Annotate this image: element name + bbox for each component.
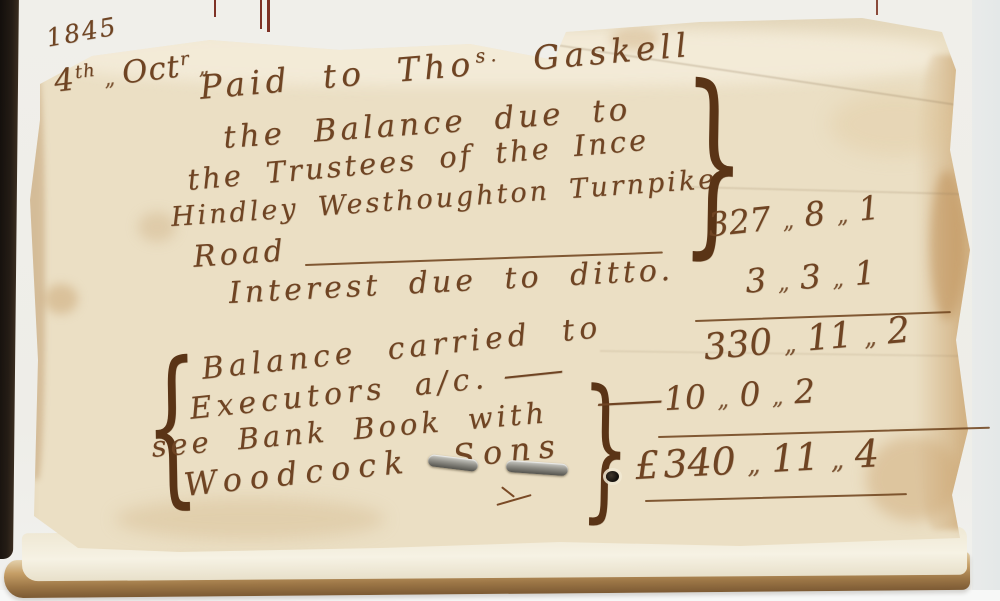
currency-symbol: £ xyxy=(634,443,660,488)
stain xyxy=(27,70,45,480)
red-ruling-line xyxy=(267,0,270,32)
separator: „ xyxy=(716,387,729,414)
red-ruling-line xyxy=(214,0,216,17)
date-month-suffix: r xyxy=(179,48,191,70)
date-month: Oct xyxy=(120,49,182,92)
date-day-suffix: th xyxy=(74,59,97,82)
separator: „ xyxy=(777,270,790,297)
separator: „ xyxy=(102,64,117,90)
pence: 1 xyxy=(853,253,877,293)
separator: „ xyxy=(782,329,797,359)
separator: „ xyxy=(830,445,845,476)
pounds: 330 xyxy=(702,322,774,369)
red-ruling-line xyxy=(260,0,262,29)
separator: „ xyxy=(771,384,784,411)
separator: „ xyxy=(746,449,761,480)
scan-background-right xyxy=(972,0,1000,601)
year-label: 1845 xyxy=(44,12,120,53)
pence: 2 xyxy=(885,310,911,353)
stain xyxy=(44,284,78,314)
separator: „ xyxy=(831,266,844,293)
red-ruling-line xyxy=(876,0,878,15)
scanned-ledger-photo: 1845 4th„Octr„ Paid to Thos. Gaskell the… xyxy=(0,0,1000,601)
shillings: 3 xyxy=(798,256,822,296)
shillings: 0 xyxy=(738,374,761,414)
separator: „ xyxy=(835,202,849,229)
book-spine-edge xyxy=(0,0,19,559)
payment-line-5: Road xyxy=(192,233,288,274)
separator: „ xyxy=(781,208,795,235)
pounds: 10 xyxy=(663,377,707,418)
shillings: 8 xyxy=(802,193,827,234)
binder-hole xyxy=(606,471,619,482)
separator: „ xyxy=(862,322,877,352)
pounds: 340 xyxy=(662,439,737,487)
pence: 1 xyxy=(856,188,881,229)
pence: 4 xyxy=(854,431,880,476)
shillings: 11 xyxy=(770,434,821,480)
shillings: 11 xyxy=(805,315,854,360)
dash: — xyxy=(594,379,665,422)
pounds: 3 xyxy=(744,260,768,300)
pence: 2 xyxy=(793,371,816,411)
pounds: 327 xyxy=(706,199,773,244)
date-day: 4 xyxy=(52,61,77,99)
